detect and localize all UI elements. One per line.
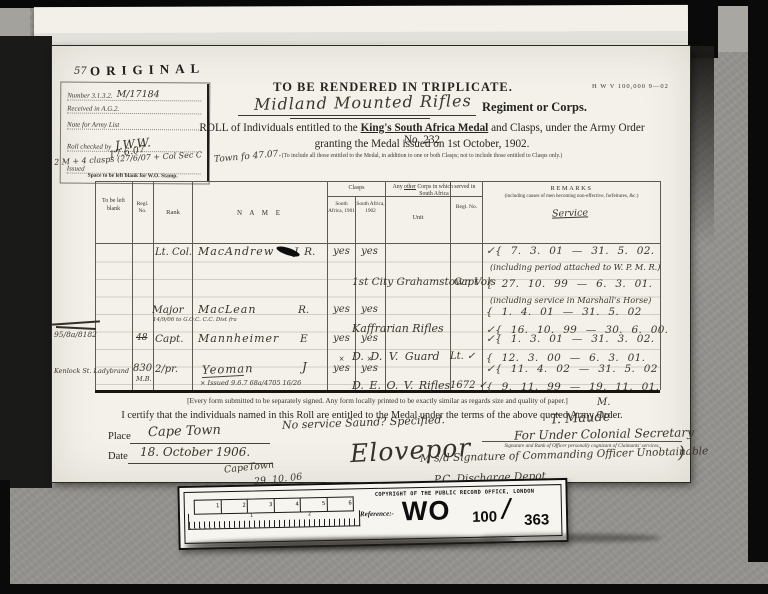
row-regl-sub: M.B. <box>136 375 152 383</box>
row-margin-file: 95/8a/8182 <box>54 330 97 339</box>
row-clasp-1902: yes <box>357 246 382 257</box>
scan-right-shadow <box>688 46 714 246</box>
place-value-handwritten: Cape Town <box>148 423 221 441</box>
row-name: Mannheimer <box>198 332 279 345</box>
regiment-name-handwritten: Midland Mounted Rifles <box>254 91 472 114</box>
colonial-secretary-handwritten: For Under Colonial Secretary <box>514 425 694 442</box>
row-regl-struck: 48 <box>136 333 147 343</box>
col-header-sa1901: South Africa, 1901 <box>328 201 355 215</box>
place-label: Place <box>108 431 131 442</box>
row-unit-regl: 1672 ✓ <box>450 380 487 391</box>
col-header-remarks: REMARKS <box>483 185 660 192</box>
scan-strip-shade <box>34 31 688 45</box>
stamp-received-line: Received in A.G.2. <box>67 105 201 115</box>
row-name: MacAndrew <box>198 245 274 258</box>
col-header-clasps: Clasps <box>328 185 385 191</box>
row-clasp-1901: yes <box>329 363 354 374</box>
col-header-unit: Unit <box>386 214 450 221</box>
roll-medal-name: King's South Africa Medal <box>361 122 489 134</box>
ruler-number: 5 <box>301 498 328 512</box>
ruler-sub-number: 2 <box>308 511 311 517</box>
row-margin-address: Kenlock St. Ladybrand <box>54 367 129 375</box>
stamp-received-label: Received in A.G.2. <box>67 105 119 113</box>
other-corps-pre: Any <box>393 184 404 190</box>
col-header-name: N A M E <box>193 209 327 217</box>
row-margin-note: 14/9/06 to G.O.C. C.C. Dist fra <box>153 317 237 323</box>
capetown-handwritten: CapeTown <box>224 459 275 475</box>
col-header-rank: Rank <box>154 209 192 216</box>
scan-corner-top-left <box>0 8 30 38</box>
col-header-regl-no: Regl. No. <box>132 201 153 215</box>
row-unit: D. E. O. V. Rifles <box>352 379 450 392</box>
stamp-armylist-label: Note for Army List <box>67 121 119 129</box>
row-clasp-1902: yes <box>357 304 382 315</box>
form-footnote: [Every form submitted to be separately s… <box>95 396 660 405</box>
stamp-number-label: Number 3.1.3.2. <box>67 92 112 100</box>
original-stamp: ORIGINAL <box>90 60 206 79</box>
row-rank: Lt. Col. <box>155 247 192 258</box>
stamp-armylist-line: Note for Army List <box>67 121 201 131</box>
margin-scribble <box>52 320 100 325</box>
ruler-number: 3 <box>248 499 275 513</box>
row-name: Yeoman <box>202 361 254 377</box>
regiment-label: Regiment or Corps. <box>482 100 587 115</box>
row-clasp-1901: yes <box>329 304 354 315</box>
row-clasp-1901: yes <box>329 246 354 257</box>
roll-heading-note: (To include all those entitled to the Me… <box>192 153 652 159</box>
row-regl: 830 <box>133 363 152 374</box>
ruler-number: 6 <box>327 497 353 511</box>
row-rank: Capt. <box>155 333 184 345</box>
wo-stamp-box: Number 3.1.3.2. M/17184 Received in A.G.… <box>60 81 211 184</box>
other-corps-post: Corps in which served in South Africa <box>416 184 475 197</box>
row-name: MacLean <box>198 303 256 316</box>
col-header-regl-no-2: Regl. No. <box>451 204 482 211</box>
stamp-checked-label: Roll checked by <box>67 143 111 151</box>
row-remark: ✓{ 11. 4. 02 — 31. 5. 02 <box>486 363 658 375</box>
pro-piece: 363 <box>524 511 549 529</box>
scan-right-band <box>748 0 768 562</box>
stamp-number-value: M/17184 <box>117 89 160 100</box>
ruler-number: 4 <box>274 499 301 513</box>
pro-reference-label: Reference:- <box>360 510 394 519</box>
col-header-remarks-sub: (including causes of men becoming non-ef… <box>503 194 640 201</box>
pro-dept: WO <box>402 495 451 527</box>
col-header-other-corps: Any other Corps in which served in South… <box>386 184 482 198</box>
remarks-service-handwritten: Service <box>552 207 588 219</box>
row-initials: R. <box>298 304 309 316</box>
grid-line <box>95 181 660 182</box>
place-underline <box>130 443 270 444</box>
scan-left-gutter <box>0 36 52 488</box>
ruler-number: 1 <box>195 500 222 514</box>
regiment-underline <box>238 115 476 116</box>
row-unit-regl: Lt. ✓ <box>450 351 475 362</box>
row-remark: ✓{ 7. 3. 01 — 31. 5. 02. <box>486 245 654 257</box>
document-page: ORIGINAL 57 Number 3.1.3.2. M/17184 Rece… <box>52 46 690 482</box>
row-clasp-1901: yes <box>329 333 354 344</box>
col-header-blank: To be left blank <box>96 198 131 214</box>
row-remark: { 9. 11. 99 — 19. 11. 01. <box>486 381 659 393</box>
stamp-number-line: Number 3.1.3.2. M/17184 <box>67 89 201 102</box>
scan-bottom-left-sliver <box>0 480 10 594</box>
row-remark: { 1. 4. 01 — 31. 5. 02 <box>486 306 642 318</box>
stamp-box-footer: Space to be left blank for W.O. Stamp. <box>63 172 203 179</box>
row-clasp-1902: yes <box>357 363 382 374</box>
row-remark: ✓{ 1. 3. 01 — 31. 3. 02. <box>486 333 654 345</box>
ruler-sub-number: 1 <box>250 513 253 519</box>
row-unit-regl: Capt <box>454 277 478 288</box>
grid-line <box>660 181 661 390</box>
row-initials: J <box>302 360 307 374</box>
closing-brace-handwritten: ) <box>678 443 685 463</box>
form-code: H W V 100,000 9—02 <box>592 83 669 90</box>
date-label: Date <box>108 451 128 462</box>
clasp-mark: × <box>329 355 354 363</box>
row-remark: { 27. 10. 99 — 6. 3. 01. <box>486 278 652 290</box>
scan-smudge <box>480 534 660 542</box>
row-clasp-1902: yes <box>357 333 382 344</box>
col-header-sa1902: South Africa, 1902 <box>356 201 385 215</box>
roll-heading-line2: granting the Medal issued on 1st October… <box>192 138 652 150</box>
checker-initials: M. <box>597 397 610 408</box>
row-rank: Major <box>152 304 184 316</box>
margin-scribble <box>56 326 96 330</box>
scan-top-strip <box>34 5 688 49</box>
right-signature: T. Maude <box>550 409 611 427</box>
row-remark-note: (including period attached to W. P. M. R… <box>490 262 660 272</box>
clasp-mark: × <box>357 355 382 363</box>
row-rank: 2/pr. <box>155 364 178 375</box>
date-value-handwritten: 18. October 1906. <box>140 445 250 459</box>
scan-bottom-bar <box>0 584 768 594</box>
row-remark-note: (including service in Marshall's Horse) <box>490 295 651 305</box>
pro-series: 100 <box>472 508 497 526</box>
other-corps-underlined: other <box>404 184 416 190</box>
row-initials: E <box>300 333 308 345</box>
roll-pre: ROLL of Individuals entitled to the <box>199 122 360 134</box>
margin-number-handwritten: 57 <box>74 66 87 77</box>
row-name-note: × Issued 9.6.7 68a/4705 16/26 <box>200 379 301 387</box>
ruler-number: 2 <box>221 500 248 514</box>
regiment-underline-2 <box>290 118 430 119</box>
grid-line <box>95 243 660 244</box>
